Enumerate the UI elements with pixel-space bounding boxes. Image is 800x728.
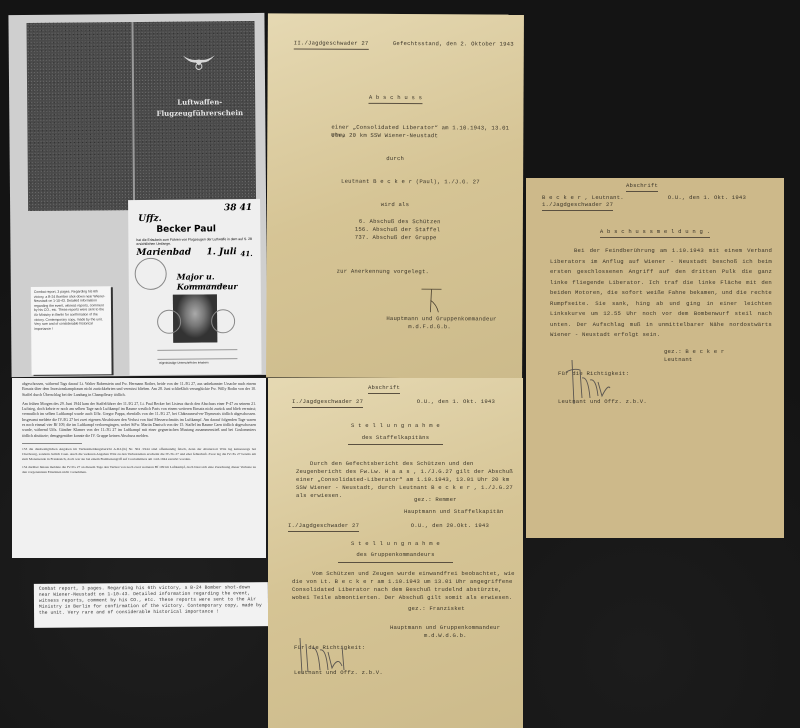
abschuss-location-line: etwa 20 km SSW Wiener-Neustadt	[331, 132, 438, 141]
stellung2-certifier: Leutnant und Offz. z.b.V.	[294, 669, 383, 677]
footnote-divider	[22, 443, 82, 444]
abschuss-recognition: zur Anerkennung vorgelegt.	[337, 268, 430, 276]
meldung-certifier: Leutnant und Offz. z.b.V.	[558, 398, 647, 406]
abschuss-pilot: Leutnant B e c k e r (Paul), 1./J.G. 27	[341, 178, 480, 187]
meldung-title: A b s c h u s s m e l d u n g .	[600, 228, 710, 238]
book-excerpt-photocopy: abgeschossen, während Tags darauf Lt. Wa…	[12, 378, 266, 558]
license-date: 1. Juli	[206, 247, 236, 257]
stellung-abschrift-label: Abschrift	[368, 384, 400, 394]
license-signer: Major u. Kommandeur	[177, 271, 261, 292]
license-year: 41.	[240, 249, 252, 258]
abschuss-sign-abbrev: m.d.F.d.G.b.	[408, 323, 451, 331]
cover-spine	[131, 22, 135, 210]
license-number: 38 41	[224, 203, 252, 213]
info-sticker: Combat report, 3 pages. Regarding his 6t…	[31, 286, 112, 375]
photo-stamp-left	[157, 310, 181, 334]
commander-signature-icon	[416, 286, 446, 316]
meldung-unit-header: 1./Jagdgeschwader 27	[542, 201, 613, 211]
stellungnahme-document: Abschrift I./Jagdgeschwader 27 O.U., den…	[268, 378, 523, 728]
abschussmeldung-document: Abschrift B e c k e r , Leutnant. 1./Jag…	[526, 178, 784, 538]
excerpt-footnote-2: 154 darüber hinaus meldete die IV./JG 27…	[22, 465, 256, 475]
meldung-abschrift-label: Abschrift	[626, 182, 658, 192]
abschuss-header-date: Gefechtsstand, den 2. Oktober 1943	[393, 40, 514, 49]
photo-stamp-right	[211, 309, 235, 333]
excerpt-paragraph-1: abgeschossen, während Tags darauf Lt. Wa…	[22, 382, 256, 398]
abschuss-count-gruppe: 737. Abschuß der Gruppe	[355, 234, 437, 242]
signer-caption: Dienstgrad und Dienststellung	[189, 283, 226, 287]
stellung1-subtitle: des Staffelkapitäns	[348, 434, 444, 445]
stellung2-signed-abbrev: m.d.W.d.G.b.	[424, 632, 467, 640]
official-stamp	[135, 258, 167, 290]
meldung-date-header: O.U., den 1. Okt. 1943	[668, 194, 746, 202]
stellung1-unit: I./Jagdgeschwader 27	[292, 398, 363, 408]
stellung1-signed-name: gez.: Remmer	[414, 496, 457, 504]
meldung-signed-name: gez.: B e c k e r	[664, 348, 724, 356]
meldung-body: Bei der Feindberührung am 1.10.1943 mit …	[550, 246, 772, 341]
license-cover-title: Luftwaffen- Flugzeugführerschein	[147, 96, 252, 119]
stellung2-body: Vom Schützen und Zeugen wurde einwandfre…	[292, 570, 516, 602]
cover-title-line2: Flugzeugführerschein	[147, 107, 252, 119]
holder-signature-caption: Eigenhändige Unterschrift des Inhabers	[159, 360, 208, 364]
stellung2-signed-name: gez.: Franzisket	[408, 605, 465, 613]
stellung2-date: O.U., den 20.Okt. 1943	[411, 522, 489, 530]
excerpt-footnote-1: 153 die diesbezüglichen Angaben im Verlu…	[22, 447, 256, 461]
caption-text: Combat report, 3 pages. Regarding his 6t…	[39, 585, 262, 615]
caption-slip: Combat report, 3 pages. Regarding his 6t…	[34, 582, 268, 628]
license-place: Marienbad	[136, 248, 191, 258]
cover-title-line1: Luftwaffen-	[147, 96, 252, 108]
stellung2-unit: I./Jagdgeschwader 27	[288, 522, 359, 532]
stellung1-date: O.U., den 1. Okt. 1943	[417, 398, 495, 406]
license-permission-text: hat die Erlaubnis zum Führen von Flugzeu…	[136, 237, 254, 247]
abschuss-title: A b s c h u s s	[369, 94, 422, 104]
excerpt-paragraph-2: Am frühen Morgen des 29. Juni 1944 kam d…	[22, 402, 256, 439]
sticker-text: Combat report, 3 pages. Regarding his 6t…	[34, 289, 105, 330]
abschuss-sign-title: Hauptmann und Gruppenkommandeur	[386, 315, 496, 324]
holder-signature-line	[157, 349, 237, 360]
abschuss-durch: durch	[267, 154, 523, 163]
abschuss-wird-als: wird als	[267, 200, 523, 209]
meldung-signed-rank: Leutnant	[664, 356, 692, 364]
stellung2-title: S t e l l u n g n a h m e	[268, 540, 523, 548]
license-holder-name: Becker Paul	[156, 224, 216, 235]
eagle-emblem-icon	[182, 51, 216, 71]
abschuss-document: II./Jagdgeschwader 27 Gefechtsstand, den…	[266, 13, 524, 378]
abschuss-header-unit: II./Jagdgeschwader 27	[294, 39, 369, 49]
stellung2-subtitle: des Gruppenkommandeurs	[338, 551, 452, 563]
stellung2-signed-rank: Hauptmann und Gruppenkommandeur	[390, 624, 500, 632]
pilot-license-photocopy: Luftwaffen- Flugzeugführerschein 38 41 U…	[8, 13, 267, 377]
stellung1-signed-rank: Hauptmann und Staffelkapitän	[404, 508, 504, 516]
license-rank: Uffz.	[138, 214, 162, 224]
stellung1-body: Durch den Gefechtsbericht des Schützen u…	[296, 460, 516, 500]
stellung1-title: S t e l l u n g n a h m e	[268, 422, 523, 430]
license-inner-page: 38 41 Uffz. Becker Paul hat die Erlaubni…	[128, 199, 262, 375]
license-cover: Luftwaffen- Flugzeugführerschein	[26, 21, 256, 211]
